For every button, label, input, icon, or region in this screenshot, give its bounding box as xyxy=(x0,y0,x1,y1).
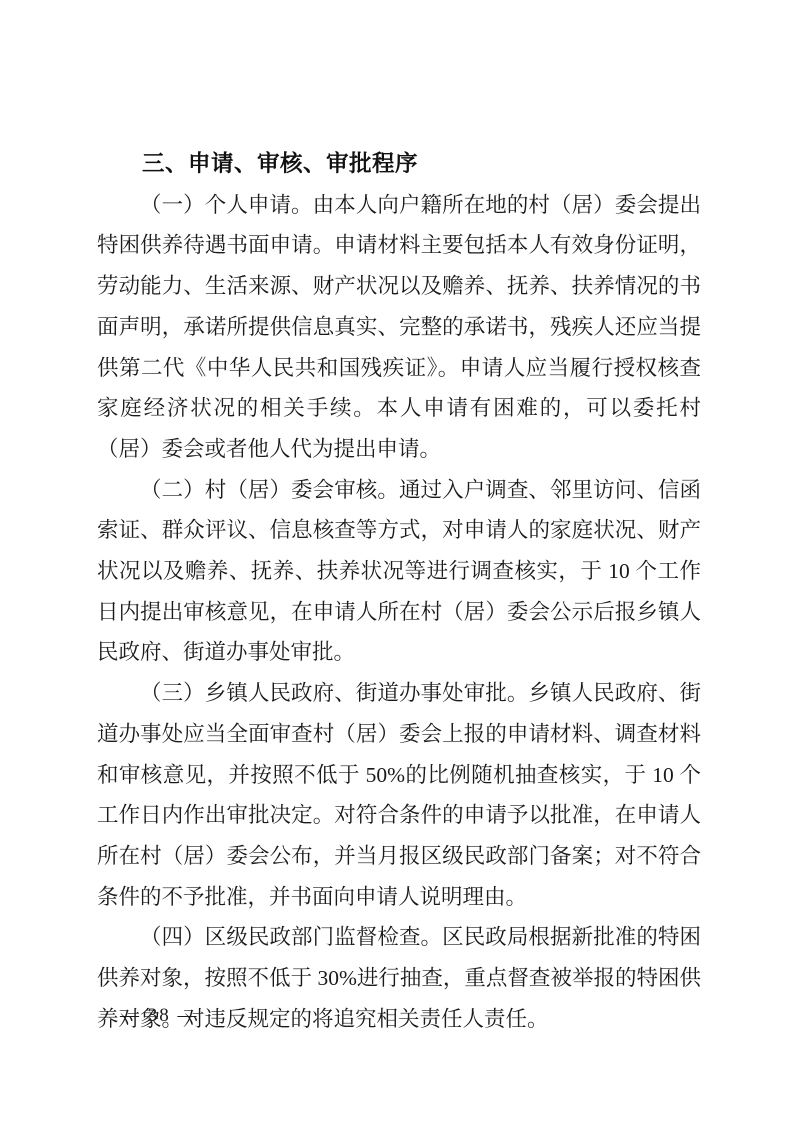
paragraph-village-committee-review: （二）村（居）委会审核。通过入户调查、邻里访问、信函索证、群众评议、信息核查等方… xyxy=(97,470,701,674)
paragraph-individual-application: （一）个人申请。由本人向户籍所在地的村（居）委会提出特困供养待遇书面申请。申请材… xyxy=(97,185,701,470)
page-number: — 38 — xyxy=(120,1002,199,1030)
document-body: 三、申请、审核、审批程序 （一）个人申请。由本人向户籍所在地的村（居）委会提出特… xyxy=(97,144,701,1039)
document-page: 三、申请、审核、审批程序 （一）个人申请。由本人向户籍所在地的村（居）委会提出特… xyxy=(0,0,793,1122)
paragraph-township-government-approval: （三）乡镇人民政府、街道办事处审批。乡镇人民政府、街道办事处应当全面审查村（居）… xyxy=(97,673,701,917)
section-heading: 三、申请、审核、审批程序 xyxy=(97,144,701,185)
